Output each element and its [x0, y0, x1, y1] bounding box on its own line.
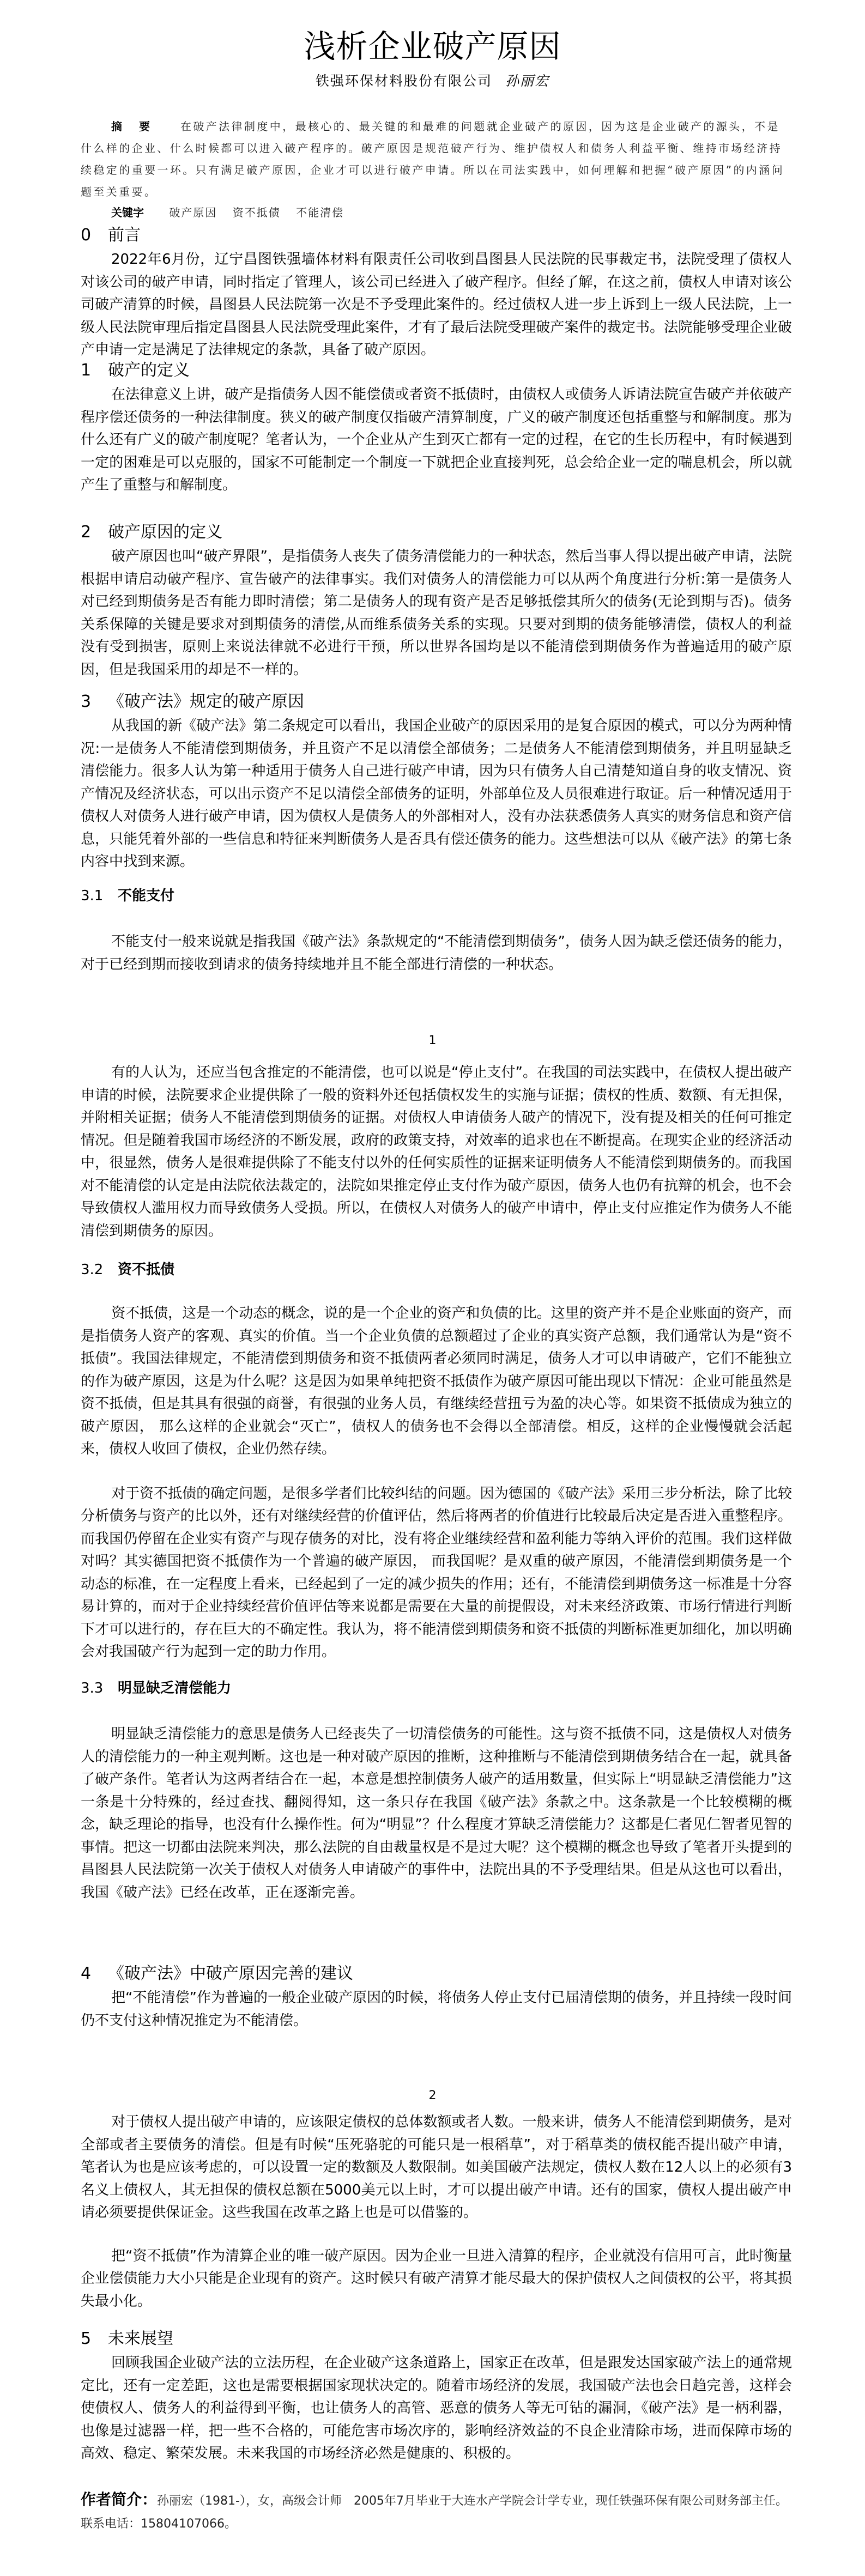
section-number: 4 [81, 1963, 108, 1985]
keyword: 破产原因 [169, 206, 217, 219]
section-suggestions-cont: 对于债权人提出破产申请的，应该限定债权的总体数额或者人数。一般来讲，债务人不能清… [81, 2111, 792, 2313]
section-title: 破产的定义 [108, 361, 190, 380]
paragraph: 把“资不抵债”作为清算企业的唯一破产原因。因为企业一旦进入清算的程序，企业就没有… [81, 2245, 792, 2313]
section-title: 破产原因的定义 [108, 523, 222, 542]
author-bio: 作者简介：孙丽宏（1981-），女，高级会计师 2005年7月毕业于大连水产学院… [81, 2488, 792, 2536]
section-suggestions: 4《破产法》中破产原因完善的建议 把“不能清偿”作为普遍的一般企业破产原因的时候… [81, 1963, 792, 2032]
section-number: 2 [81, 522, 108, 543]
section-heading: 1破产的定义 [81, 360, 792, 381]
subsection-title: 资不抵债 [118, 1262, 174, 1278]
subsection-title: 不能支付 [118, 888, 174, 904]
keywords: 关键字 破产原因 资不抵债 不能清偿 [81, 202, 355, 223]
abstract-text: 在破产法律制度中，最核心的、最关键的和最难的问题就企业破产的原因，因为这是企业破… [81, 120, 784, 198]
page-number: 1 [0, 1034, 865, 1047]
abstract-label: 摘 要 [111, 120, 156, 133]
subsection-heading: 3.2资不抵债 [81, 1260, 792, 1280]
paragraph: 对于资不抵债的确定问题，是很多学者们比较纠结的问题。因为德国的《破产法》采用三步… [81, 1483, 792, 1664]
section-title: 未来展望 [108, 2329, 173, 2348]
subsection-heading: 3.3明显缺乏清偿能力 [81, 1678, 792, 1698]
section-outlook: 5未来展望 回顾我国企业破产法的立法历程，在企业破产这条道路上，国家正在改革，但… [81, 2328, 792, 2465]
keywords-label: 关键字 [111, 206, 144, 219]
section-heading: 4《破产法》中破产原因完善的建议 [81, 1963, 792, 1985]
author-affiliation: 铁强环保材料股份有限公司 [316, 73, 492, 89]
paper-title: 浅析企业破产原因 [0, 29, 865, 64]
paragraph: 资不抵债，这是一个动态的概念，说的是一个企业的资产和负债的比。这里的资产并不是企… [81, 1302, 792, 1461]
paragraph: 回顾我国企业破产法的立法历程，在企业破产这条道路上，国家正在改革，但是跟发达国家… [81, 2352, 792, 2465]
keyword: 不能清偿 [296, 206, 344, 219]
subsection-inability-to-pay-cont: 有的人认为，还应当包含推定的不能清偿，也可以说是“停止支付”。在我国的司法实践中… [81, 1062, 792, 1242]
section-number: 1 [81, 360, 108, 381]
section-title: 前言 [108, 226, 141, 245]
section-preface: 0前言 2022年6月份，辽宁昌图铁强墙体材料有限责任公司收到昌图县人民法院的民… [81, 225, 792, 362]
paragraph: 把“不能清偿”作为普遍的一般企业破产原因的时候，将债务人停止支付已届清偿期的债务… [81, 1987, 792, 2032]
section-number: 3 [81, 691, 108, 713]
paragraph: 对于债权人提出破产申请的，应该限定债权的总体数额或者人数。一般来讲，债务人不能清… [81, 2111, 792, 2225]
abstract: 摘 要在破产法律制度中，最核心的、最关键的和最难的问题就企业破产的原因，因为这是… [81, 116, 789, 203]
paragraph: 破产原因也叫“破产界限”，是指债务人丧失了债务清偿能力的一种状态，然后当事人得以… [81, 545, 792, 681]
paragraph: 不能支付一般来说就是指我国《破产法》条款规定的“不能清偿到期债务”，债务人因为缺… [81, 931, 792, 976]
bio-label: 作者简介： [81, 2490, 157, 2508]
section-heading: 0前言 [81, 225, 792, 246]
section-cause-definition: 2破产原因的定义 破产原因也叫“破产界限”，是指债务人丧失了债务清偿能力的一种状… [81, 522, 792, 681]
subsection-number: 3.3 [81, 1678, 118, 1698]
section-number: 0 [81, 225, 108, 246]
paragraph: 2022年6月份，辽宁昌图铁强墙体材料有限责任公司收到昌图县人民法院的民事裁定书… [81, 248, 792, 362]
subsection-heading: 3.1不能支付 [81, 886, 792, 906]
paragraph: 从我国的新《破产法》第二条规定可以看出，我国企业破产的原因采用的是复合原因的模式… [81, 715, 792, 874]
author-name: 孙丽宏 [505, 73, 549, 89]
subsection-inability-to-pay: 3.1不能支付 不能支付一般来说就是指我国《破产法》条款规定的“不能清偿到期债务… [81, 886, 792, 976]
subsection-title: 明显缺乏清偿能力 [118, 1680, 231, 1696]
subsection-number: 3.2 [81, 1260, 118, 1280]
author-line: 铁强环保材料股份有限公司孙丽宏 [0, 73, 865, 89]
subsection-lack-of-capacity: 3.3明显缺乏清偿能力 明显缺乏清偿能力的意思是债务人已经丧失了一切清偿债务的可… [81, 1678, 792, 1904]
paragraph: 有的人认为，还应当包含推定的不能清偿，也可以说是“停止支付”。在我国的司法实践中… [81, 1062, 792, 1242]
section-number: 5 [81, 2328, 108, 2350]
paragraph: 在法律意义上讲，破产是指债务人因不能偿债或者资不抵债时，由债权人或债务人诉请法院… [81, 384, 792, 497]
section-heading: 3《破产法》规定的破产原因 [81, 691, 792, 713]
bio-text: 孙丽宏（1981-），女，高级会计师 2005年7月毕业于大连水产学院会计学专业… [81, 2494, 788, 2531]
section-title: 《破产法》规定的破产原因 [108, 692, 304, 711]
page-number: 2 [0, 2089, 865, 2102]
section-definition: 1破产的定义 在法律意义上讲，破产是指债务人因不能偿债或者资不抵债时，由债权人或… [81, 360, 792, 497]
paragraph: 明显缺乏清偿能力的意思是债务人已经丧失了一切清偿债务的可能性。这与资不抵债不同，… [81, 1723, 792, 1904]
subsection-insolvency: 3.2资不抵债 资不抵债，这是一个动态的概念，说的是一个企业的资产和负债的比。这… [81, 1260, 792, 1664]
section-title: 《破产法》中破产原因完善的建议 [108, 1964, 353, 1983]
subsection-number: 3.1 [81, 886, 118, 906]
section-heading: 2破产原因的定义 [81, 522, 792, 543]
section-bankruptcy-law: 3《破产法》规定的破产原因 从我国的新《破产法》第二条规定可以看出，我国企业破产… [81, 691, 792, 874]
keyword: 资不抵债 [233, 206, 281, 219]
section-heading: 5未来展望 [81, 2328, 792, 2350]
